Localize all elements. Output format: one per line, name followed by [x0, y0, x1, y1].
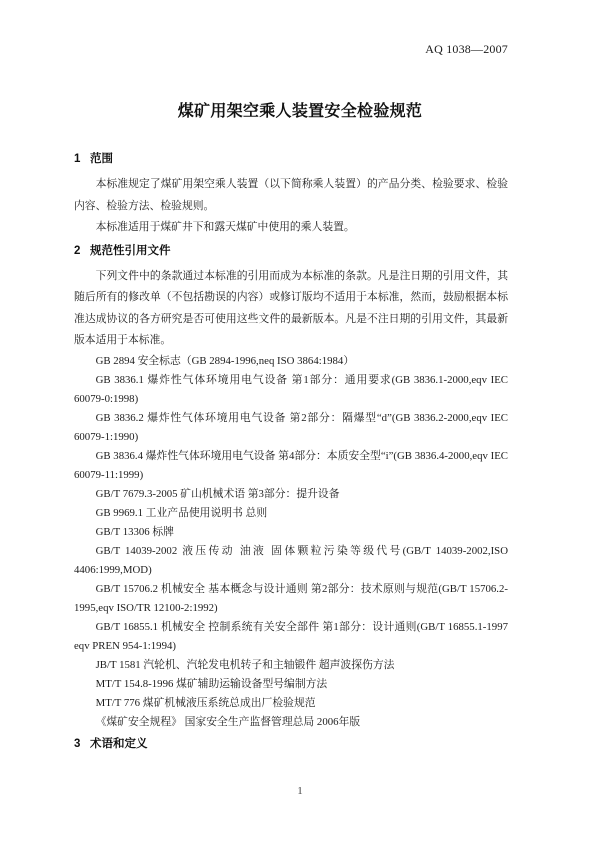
reference-item: GB 3836.4 爆炸性气体环境用电气设备 第4部分：本质安全型“i”(GB … [74, 447, 508, 485]
reference-item: GB 3836.1 爆炸性气体环境用电气设备 第1部分：通用要求(GB 3836… [74, 371, 508, 409]
reference-item: GB 9969.1 工业产品使用说明书 总则 [74, 504, 508, 523]
document-body: 1范围 本标准规定了煤矿用架空乘人装置（以下简称乘人装置）的产品分类、检验要求、… [74, 147, 508, 759]
section-number: 3 [74, 737, 90, 751]
section-heading-scope: 1范围 [74, 152, 508, 166]
paragraph: 本标准适用于煤矿井下和露天煤矿中使用的乘人装置。 [74, 217, 508, 239]
reference-item: GB 3836.2 爆炸性气体环境用电气设备 第2部分：隔爆型“d”(GB 38… [74, 409, 508, 447]
page-number: 1 [0, 785, 600, 798]
section-title: 范围 [90, 153, 113, 165]
doc-code: AQ 1038—2007 [425, 42, 508, 56]
document-page: AQ 1038—2007 煤矿用架空乘人装置安全检验规范 1范围 本标准规定了煤… [0, 0, 600, 848]
reference-item: MT/T 154.8-1996 煤矿辅助运输设备型号编制方法 [74, 675, 508, 694]
reference-item: GB/T 14039-2002 液压传动 油液 固体颗粒污染等级代号(GB/T … [74, 542, 508, 580]
section-number: 1 [74, 152, 90, 166]
section-heading-terms-definitions: 3术语和定义 [74, 737, 508, 751]
paragraph: 本标准规定了煤矿用架空乘人装置（以下简称乘人装置）的产品分类、检验要求、检验内容… [74, 174, 508, 217]
page-title: 煤矿用架空乘人装置安全检验规范 [0, 104, 600, 120]
section-heading-normative-references: 2规范性引用文件 [74, 244, 508, 258]
reference-item: JB/T 1581 汽轮机、汽轮发电机转子和主轴锻件 超声波探伤方法 [74, 656, 508, 675]
section-title: 规范性引用文件 [90, 245, 171, 257]
paragraph: 下列文件中的条款通过本标准的引用而成为本标准的条款。凡是注日期的引用文件，其随后… [74, 266, 508, 352]
reference-item: GB/T 16855.1 机械安全 控制系统有关安全部件 第1部分：设计通则(G… [74, 618, 508, 656]
reference-item: GB 2894 安全标志（GB 2894-1996,neq ISO 3864:1… [74, 352, 508, 371]
reference-item: MT/T 776 煤矿机械液压系统总成出厂检验规范 [74, 694, 508, 713]
reference-item: GB/T 15706.2 机械安全 基本概念与设计通则 第2部分：技术原则与规范… [74, 580, 508, 618]
reference-item: GB/T 13306 标牌 [74, 523, 508, 542]
reference-item: 《煤矿安全规程》 国家安全生产监督管理总局 2006年版 [74, 713, 508, 732]
section-number: 2 [74, 244, 90, 258]
reference-item: GB/T 7679.3-2005 矿山机械术语 第3部分：提升设备 [74, 485, 508, 504]
section-title: 术语和定义 [90, 738, 148, 750]
